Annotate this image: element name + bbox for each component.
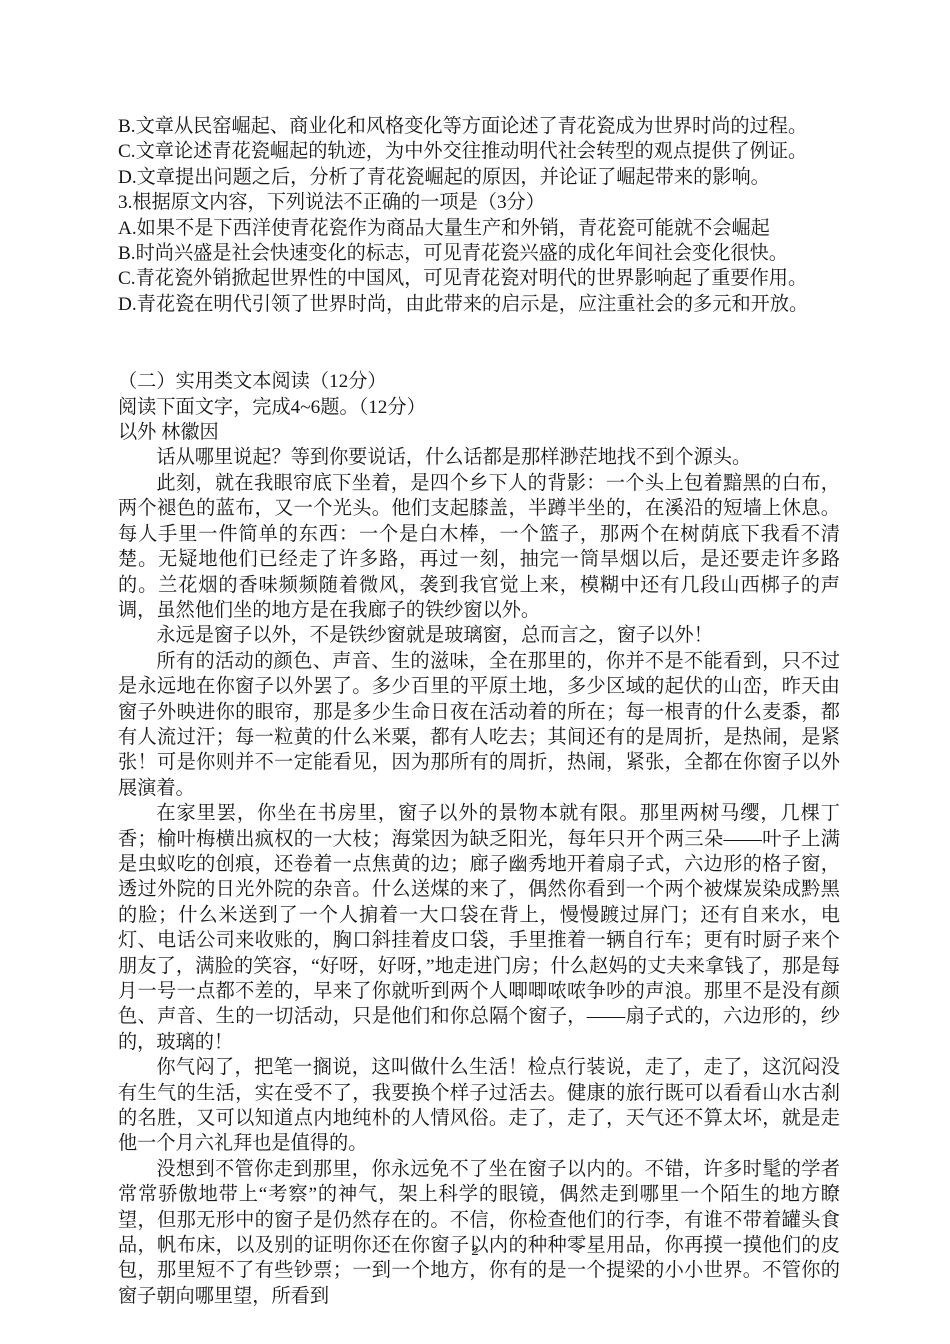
option-line-d3: D.青花瓷在明代引领了世界时尚，由此带来的启示是，应注重社会的多元和开放。 — [118, 292, 840, 317]
page-number: 2 — [0, 1243, 950, 1260]
passage-paragraph-1: 话从哪里说起？等到你要说话，什么话都是那样渺茫地找不到个源头。 — [118, 445, 840, 470]
section-gap — [118, 317, 840, 369]
question-3-stem: 3.根据原文内容，下列说法不正确的一项是（3分） — [118, 190, 840, 215]
passage-title: 以外 林徽因 — [118, 420, 840, 445]
passage-paragraph-2: 此刻，就在我眼帘底下坐着，是四个乡下人的背影：一个头上包着黯黑的白布，两个褪色的… — [118, 471, 840, 623]
question-block: B.文章从民窑崛起、商业化和风格变化等方面论述了青花瓷成为世界时尚的过程。 C.… — [118, 114, 840, 317]
option-line-c2: C.文章论述青花瓷崛起的轨迹，为中外交往推动明代社会转型的观点提供了例证。 — [118, 139, 840, 164]
option-line-b3: B.时尚兴盛是社会快速变化的标志，可见青花瓷兴盛的成化年间社会变化很快。 — [118, 241, 840, 266]
page-content: B.文章从民窑崛起、商业化和风格变化等方面论述了青花瓷成为世界时尚的过程。 C.… — [118, 114, 840, 1309]
option-line-c3: C.青花瓷外销掀起世界性的中国风，可见青花瓷对明代的世界影响起了重要作用。 — [118, 266, 840, 291]
passage-paragraph-3: 永远是窗子以外，不是铁纱窗就是玻璃窗，总而言之，窗子以外！ — [118, 623, 840, 648]
reading-section: （二）实用类文本阅读（12分） 阅读下面文字，完成4~6题。（12分） 以外 林… — [118, 369, 840, 1309]
passage-paragraph-5: 在家里罢，你坐在书房里，窗子以外的景物本就有限。那里两树马缨，几棵丁香；榆叶梅横… — [118, 801, 840, 1055]
passage-paragraph-4: 所有的活动的颜色、声音、生的滋味，全在那里的，你并不是不能看到，只不过是永远地在… — [118, 649, 840, 801]
option-line-d2: D.文章提出问题之后，分析了青花瓷崛起的原因，并论证了崛起带来的影响。 — [118, 165, 840, 190]
passage-paragraph-6: 你气闷了，把笔一搁说，这叫做什么生活！检点行装说，走了，走了，这沉闷没有生气的生… — [118, 1055, 840, 1157]
section-instruction: 阅读下面文字，完成4~6题。（12分） — [118, 395, 840, 420]
section-heading: （二）实用类文本阅读（12分） — [118, 369, 840, 394]
option-line-a3: A.如果不是下西洋使青花瓷作为商品大量生产和外销，青花瓷可能就不会崛起 — [118, 216, 840, 241]
passage-paragraph-7: 没想到不管你走到那里，你永远免不了坐在窗子以内的。不错，许多时髦的学者常常骄傲地… — [118, 1157, 840, 1309]
option-line-b2: B.文章从民窑崛起、商业化和风格变化等方面论述了青花瓷成为世界时尚的过程。 — [118, 114, 840, 139]
document-page: B.文章从民窑崛起、商业化和风格变化等方面论述了青花瓷成为世界时尚的过程。 C.… — [0, 0, 950, 1344]
